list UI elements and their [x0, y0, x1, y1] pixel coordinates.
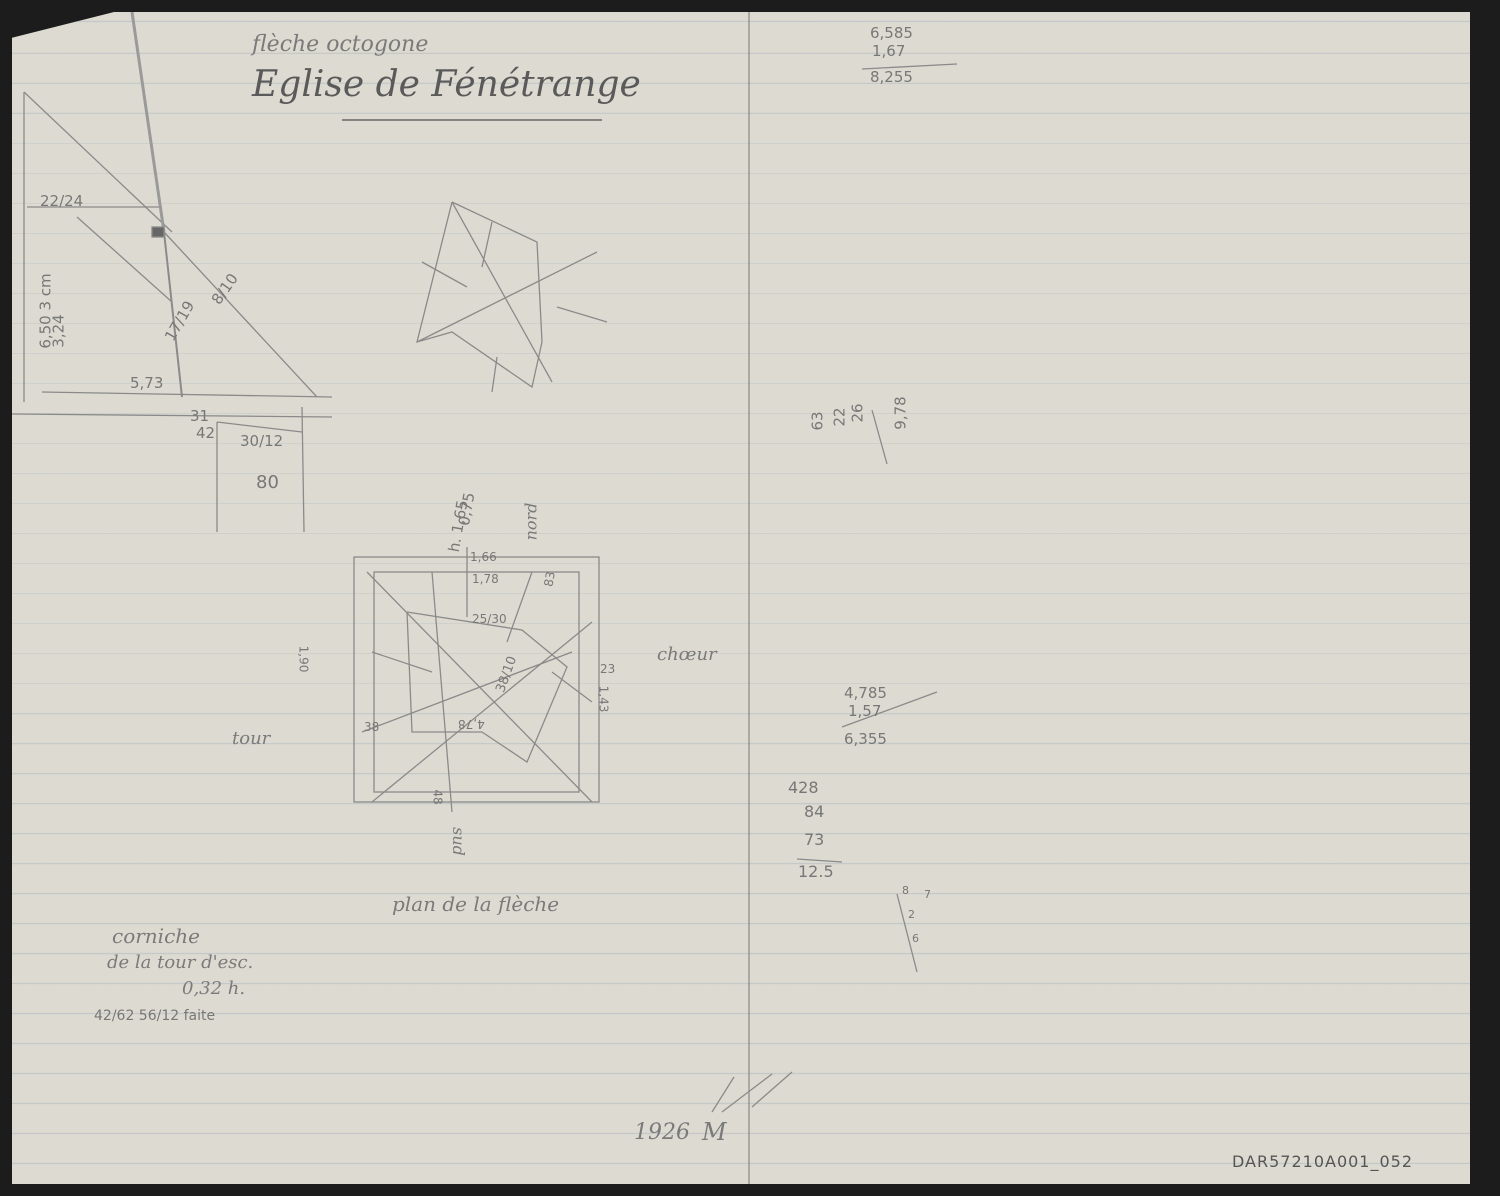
calc-top-b: 1,67	[872, 42, 905, 60]
label-tower: tour	[232, 728, 270, 749]
calc-mid: 9,78	[892, 396, 910, 429]
small-calc: 6	[912, 932, 919, 945]
dim-label: 42	[196, 424, 215, 442]
date-text: 1926	[634, 1120, 690, 1145]
label-choir: chœur	[657, 644, 717, 665]
calc-top-a: 6,585	[870, 24, 913, 42]
plan-dim: 4,78	[458, 717, 485, 731]
plan-caption: plan de la flèche	[392, 892, 559, 916]
subtitle-text: flèche octogone	[252, 32, 428, 57]
dim-label: 31	[190, 407, 209, 425]
dim-label: 5,73	[130, 374, 163, 392]
plan-dim: 48	[431, 789, 445, 804]
plan-dim: 1,66	[470, 550, 497, 564]
calc-lower-a: 4,785	[844, 684, 887, 702]
plan-dim: 83	[541, 570, 557, 587]
small-calc: 7	[924, 888, 931, 901]
plan-dim: 38	[364, 720, 379, 734]
calc-mid: 26	[849, 403, 867, 422]
cornice-note-line2: de la tour d'esc.	[107, 952, 253, 973]
plan-dim: 1,78	[472, 572, 499, 586]
plan-dim: 1,90	[296, 646, 310, 673]
label-south: sud	[449, 827, 468, 856]
calc-lower-sum: 6,355	[844, 730, 887, 748]
column-sum: 84	[804, 802, 824, 821]
plan-dim: 23	[600, 662, 615, 676]
cornice-note-line1: corniche	[112, 924, 200, 948]
plan-dim: 1,43	[596, 686, 610, 713]
column-sum: 428	[788, 778, 819, 797]
calc-mid: 22	[831, 407, 849, 426]
column-sum: 73	[804, 830, 824, 849]
plan-dim: 25/30	[472, 612, 507, 626]
cornice-note-line3: 0,32 h.	[182, 978, 245, 999]
calc-lower-b: 1,57	[848, 702, 881, 720]
small-calc: 8	[902, 884, 909, 897]
small-calc: 2	[908, 908, 915, 921]
paper-sheet: flèche octogone Eglise de Fénétrange 22/…	[12, 12, 1470, 1184]
calc-mid: 63	[809, 411, 827, 430]
calc-top-sum: 8,255	[870, 68, 913, 86]
initials: M	[702, 1118, 727, 1146]
cornice-note-line4: 42/62 56/12 faite	[94, 1008, 215, 1024]
dim-label: 22/24	[40, 192, 83, 210]
dim-label: 30/12	[240, 432, 283, 450]
dim-label: 80	[256, 472, 279, 493]
column-sum: 12.5	[798, 862, 834, 881]
dim-label: 3,24	[50, 314, 68, 347]
pencil-sketches	[12, 12, 1470, 1184]
label-north: nord	[521, 503, 540, 541]
archive-id: DAR57210A001_052	[1232, 1152, 1413, 1171]
document-title: Eglise de Fénétrange	[252, 64, 641, 105]
